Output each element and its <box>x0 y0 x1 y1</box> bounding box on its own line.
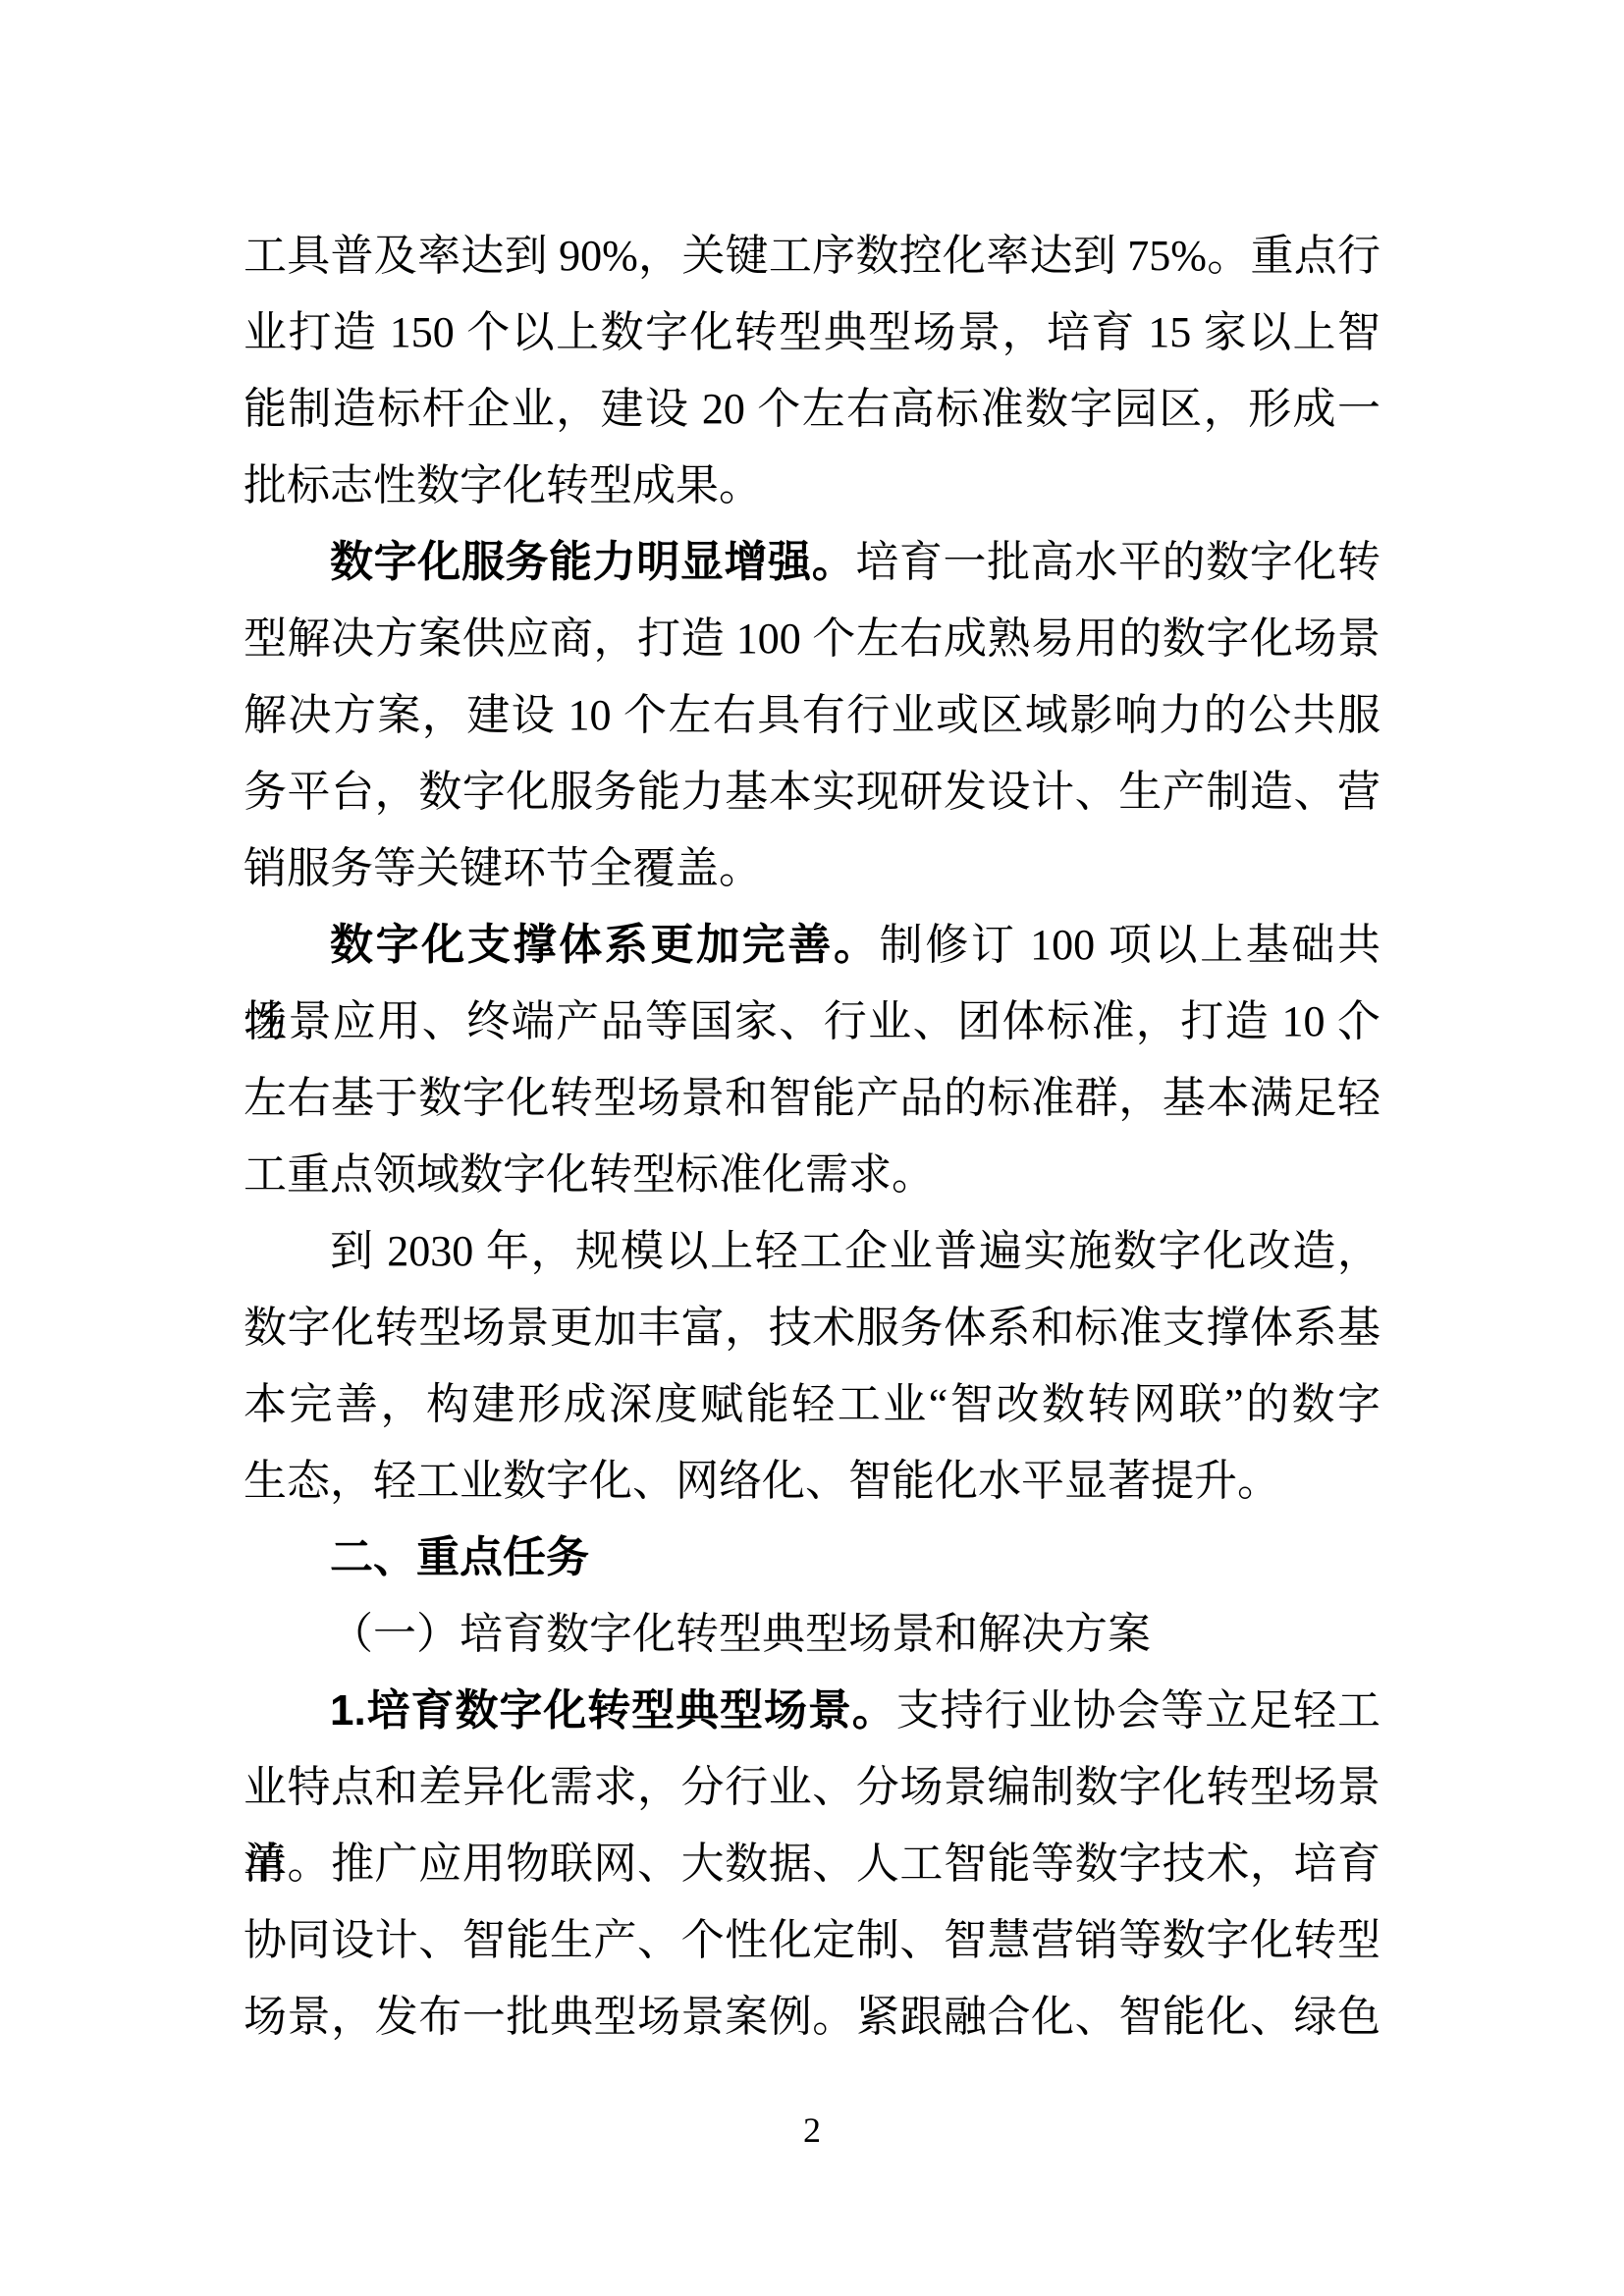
text-line: 数字化转型场景更加丰富，技术服务体系和标准支撑体系基 <box>244 1290 1380 1366</box>
text-segment: 销服务等关键环节全覆盖。 <box>244 844 762 892</box>
text-line: 到 2030 年，规模以上轻工企业普遍实施数字化改造， <box>244 1213 1380 1290</box>
text-segment: （一）培育数字化转型典型场景和解决方案 <box>330 1610 1151 1658</box>
text-line: 解决方案，建设 10 个左右具有行业或区域影响力的公共服 <box>244 677 1380 754</box>
heading-line: 二、重点任务 <box>244 1520 1380 1596</box>
page-number: 2 <box>0 2109 1624 2152</box>
text-segment: 数字化转型场景更加丰富，技术服务体系和标准支撑体系基 <box>244 1304 1380 1352</box>
text-segment: 左右基于数字化转型场景和智能产品的标准群，基本满足轻 <box>244 1074 1380 1122</box>
text-line: 协同设计、智能生产、个性化定制、智慧营销等数字化转型 <box>244 1902 1380 1979</box>
text-segment: 能制造标杆企业，建设 20 个左右高标准数字园区，形成一 <box>244 385 1380 433</box>
text-segment: 单。推广应用物联网、大数据、人工智能等数字技术，培育 <box>244 1840 1380 1888</box>
text-segment: 生态，轻工业数字化、网络化、智能化水平显著提升。 <box>244 1457 1280 1505</box>
text-segment: 到 2030 年，规模以上轻工企业普遍实施数字化改造， <box>330 1227 1380 1275</box>
bold-text-segment: 数字化支撑体系更加完善。 <box>330 921 880 969</box>
document-body: 工具普及率达到 90%，关键工序数控化率达到 75%。重点行业打造 150 个以… <box>244 218 1380 2056</box>
text-line: 左右基于数字化转型场景和智能产品的标准群，基本满足轻 <box>244 1060 1380 1137</box>
text-segment: 支持行业协会等立足轻工 <box>896 1686 1380 1735</box>
bold-text-segment: 数字化服务能力明显增强。 <box>330 538 855 586</box>
text-segment: 场景应用、终端产品等国家、行业、团体标准，打造 10 个 <box>244 997 1380 1045</box>
text-line: 工具普及率达到 90%，关键工序数控化率达到 75%。重点行 <box>244 218 1380 294</box>
text-line: 销服务等关键环节全覆盖。 <box>244 830 1380 907</box>
text-line: 本完善，构建形成深度赋能轻工业“智改数转网联”的数字 <box>244 1366 1380 1443</box>
text-segment: 工具普及率达到 90%，关键工序数控化率达到 75%。重点行 <box>244 232 1380 280</box>
text-segment: 培育一批高水平的数字化转 <box>855 538 1380 586</box>
text-line: 1.培育数字化转型典型场景。支持行业协会等立足轻工 <box>244 1673 1380 1749</box>
text-line: 能制造标杆企业，建设 20 个左右高标准数字园区，形成一 <box>244 371 1380 448</box>
text-segment: 型解决方案供应商，打造 100 个左右成熟易用的数字化场景 <box>244 614 1380 663</box>
text-line: 场景应用、终端产品等国家、行业、团体标准，打造 10 个 <box>244 984 1380 1060</box>
text-line: 单。推广应用物联网、大数据、人工智能等数字技术，培育 <box>244 1826 1380 1902</box>
text-segment: 批标志性数字化转型成果。 <box>244 461 762 509</box>
text-line: 务平台，数字化服务能力基本实现研发设计、生产制造、营 <box>244 754 1380 830</box>
text-line: 型解决方案供应商，打造 100 个左右成熟易用的数字化场景 <box>244 601 1380 677</box>
heading-line: （一）培育数字化转型典型场景和解决方案 <box>244 1596 1380 1673</box>
text-line: 业打造 150 个以上数字化转型典型场景，培育 15 家以上智 <box>244 294 1380 371</box>
text-line: 工重点领域数字化转型标准化需求。 <box>244 1137 1380 1213</box>
text-line: 数字化支撑体系更加完善。制修订 100 项以上基础共性、 <box>244 907 1380 984</box>
bold-text-segment: 1.培育数字化转型典型场景。 <box>330 1686 896 1735</box>
text-segment: 协同设计、智能生产、个性化定制、智慧营销等数字化转型 <box>244 1916 1380 1964</box>
text-segment: 工重点领域数字化转型标准化需求。 <box>244 1150 935 1199</box>
text-line: 数字化服务能力明显增强。培育一批高水平的数字化转 <box>244 524 1380 601</box>
text-segment: 本完善，构建形成深度赋能轻工业“智改数转网联”的数字 <box>244 1380 1380 1428</box>
text-line: 批标志性数字化转型成果。 <box>244 448 1380 524</box>
text-segment: 场景，发布一批典型场景案例。紧跟融合化、智能化、绿色 <box>244 1993 1380 2041</box>
text-line: 业特点和差异化需求，分行业、分场景编制数字化转型场景清 <box>244 1749 1380 1826</box>
text-segment: 业打造 150 个以上数字化转型典型场景，培育 15 家以上智 <box>244 308 1380 356</box>
text-segment: 务平台，数字化服务能力基本实现研发设计、生产制造、营 <box>244 768 1380 816</box>
text-segment: 解决方案，建设 10 个左右具有行业或区域影响力的公共服 <box>244 691 1380 739</box>
text-line: 场景，发布一批典型场景案例。紧跟融合化、智能化、绿色 <box>244 1979 1380 2056</box>
document-page: 工具普及率达到 90%，关键工序数控化率达到 75%。重点行业打造 150 个以… <box>0 0 1624 2296</box>
bold-text-segment: 二、重点任务 <box>330 1533 589 1581</box>
text-line: 生态，轻工业数字化、网络化、智能化水平显著提升。 <box>244 1443 1380 1520</box>
